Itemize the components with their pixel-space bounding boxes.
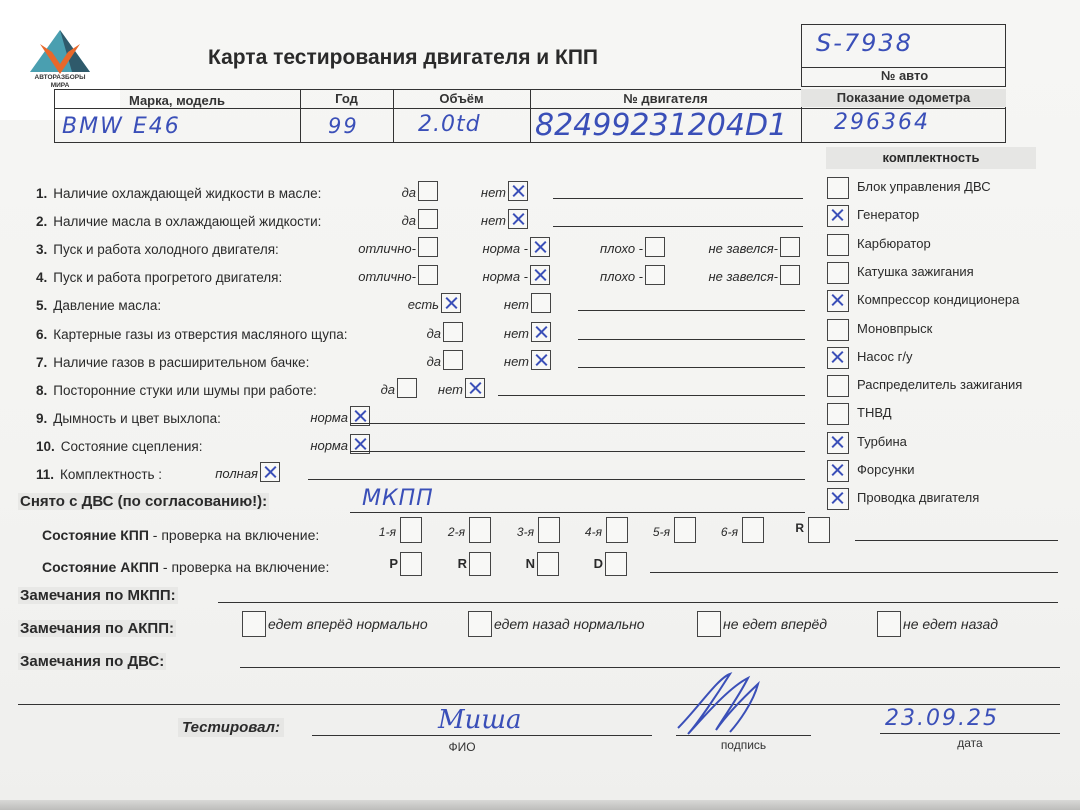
check-number: 7. bbox=[36, 355, 47, 370]
check-label-text: Наличие газов в расширительном бачке: bbox=[53, 355, 309, 370]
page-title: Карта тестирования двигателя и КПП bbox=[208, 46, 598, 70]
akpp-line bbox=[650, 572, 1058, 573]
tester-name-line bbox=[312, 735, 652, 736]
remarks-mkpp-label: Замечания по МКПП: bbox=[18, 587, 178, 604]
kit-checkbox[interactable] bbox=[827, 403, 849, 425]
kit-item-label: Блок управления ДВС bbox=[857, 179, 991, 194]
kpp-label-bold: Состояние КПП bbox=[42, 527, 149, 543]
akpp-gear-label: R bbox=[429, 556, 467, 571]
kit-checkbox[interactable] bbox=[827, 460, 849, 482]
check-notes-line[interactable] bbox=[350, 423, 805, 424]
date-caption: дата bbox=[940, 736, 1000, 750]
kpp-gear-label: 3-я bbox=[498, 525, 534, 539]
check-option-label: норма bbox=[223, 438, 348, 453]
signature-icon[interactable] bbox=[668, 668, 788, 740]
check-option-label: нет bbox=[352, 382, 463, 397]
check-row-label: 6.Картерные газы из отверстия масляного … bbox=[36, 327, 348, 342]
check-notes-line[interactable] bbox=[308, 479, 805, 480]
remarks-dvs-line[interactable] bbox=[240, 667, 1060, 668]
akpp-gear-label: P bbox=[360, 556, 398, 571]
kit-item-label: Насос г/у bbox=[857, 349, 912, 364]
kit-item-label: Форсунки bbox=[857, 462, 914, 477]
checkbox[interactable] bbox=[780, 265, 800, 285]
check-number: 2. bbox=[36, 214, 47, 229]
check-label-text: Пуск и работа холодного двигателя: bbox=[53, 242, 279, 257]
check-number: 6. bbox=[36, 327, 47, 342]
brand-model-value[interactable]: BMW E46 bbox=[62, 114, 181, 139]
check-option-label: норма - bbox=[395, 269, 528, 284]
akpp-gear-checkbox[interactable] bbox=[537, 552, 559, 576]
date-line bbox=[880, 733, 1060, 734]
kpp-gear-checkbox[interactable] bbox=[674, 517, 696, 543]
check-option-label: нет bbox=[395, 185, 506, 200]
check-number: 10. bbox=[36, 439, 55, 454]
check-label-text: Дымность и цвет выхлопа: bbox=[53, 411, 221, 426]
check-row-label: 9.Дымность и цвет выхлопа: bbox=[36, 411, 221, 426]
akpp-remark-label: едет вперёд нормально bbox=[268, 616, 428, 632]
tester-name-value[interactable]: Миша bbox=[438, 705, 522, 735]
check-label-text: Давление масла: bbox=[53, 298, 161, 313]
remarks-mkpp-line[interactable] bbox=[218, 602, 1058, 603]
removed-line bbox=[350, 512, 805, 513]
check-label-text: Наличие масла в охлаждающей жидкости: bbox=[53, 214, 321, 229]
signature-line bbox=[676, 735, 811, 736]
kit-checkbox[interactable] bbox=[827, 432, 849, 454]
checkbox[interactable] bbox=[508, 181, 528, 201]
kit-checkbox[interactable] bbox=[827, 262, 849, 284]
check-row-label: 8.Посторонние стуки или шумы при работе: bbox=[36, 383, 317, 398]
check-number: 9. bbox=[36, 411, 47, 426]
car-number-label-cell: № авто bbox=[801, 67, 1006, 87]
akpp-gear-label: D bbox=[565, 556, 603, 571]
akpp-gear-checkbox[interactable] bbox=[605, 552, 627, 576]
kpp-gear-checkbox[interactable] bbox=[808, 517, 830, 543]
check-notes-line[interactable] bbox=[498, 395, 805, 396]
check-notes-line[interactable] bbox=[350, 451, 805, 452]
check-number: 3. bbox=[36, 242, 47, 257]
checkbox[interactable] bbox=[531, 293, 551, 313]
kit-checkbox[interactable] bbox=[827, 488, 849, 510]
check-label-text: Посторонние стуки или шумы при работе: bbox=[53, 383, 317, 398]
kpp-gear-label: 2-я bbox=[429, 525, 465, 539]
check-notes-line[interactable] bbox=[578, 367, 805, 368]
kit-item-label: Турбина bbox=[857, 434, 907, 449]
check-row-label: 2.Наличие масла в охлаждающей жидкости: bbox=[36, 214, 321, 229]
kpp-gear-checkbox[interactable] bbox=[538, 517, 560, 543]
car-number-cell[interactable]: S-7938 bbox=[801, 24, 1006, 68]
volume-value[interactable]: 2.0td bbox=[418, 112, 481, 137]
odometer-label: Показание одометра bbox=[801, 89, 1006, 107]
akpp-label-rest: - проверка на включение: bbox=[159, 559, 329, 575]
akpp-remark-label: едет назад нормально bbox=[494, 616, 645, 632]
check-row-label: 10.Состояние сцепления: bbox=[36, 439, 203, 454]
kit-item-label: Катушка зажигания bbox=[857, 264, 974, 279]
brand-model-label: Марка, модель bbox=[54, 93, 300, 108]
checkbox[interactable] bbox=[260, 462, 280, 482]
date-value[interactable]: 23.09.25 bbox=[885, 706, 999, 731]
car-number-label: № авто bbox=[802, 68, 1007, 83]
check-row-label: 4.Пуск и работа прогретого двигателя: bbox=[36, 270, 282, 285]
check-number: 8. bbox=[36, 383, 47, 398]
check-option-label: нет bbox=[418, 297, 529, 312]
kit-item-label: Проводка двигателя bbox=[857, 490, 979, 505]
kit-title: комплектность bbox=[826, 150, 1036, 165]
akpp-gear-label: N bbox=[497, 556, 535, 571]
logo-text-line1: АВТОРАЗБОРЫ bbox=[0, 74, 120, 82]
kpp-gear-label: 1-я bbox=[360, 525, 396, 539]
volume-label: Объём bbox=[393, 91, 530, 106]
check-notes-line[interactable] bbox=[578, 310, 805, 311]
remarks-akpp-label: Замечания по АКПП: bbox=[18, 620, 176, 637]
check-notes-line[interactable] bbox=[553, 226, 803, 227]
kpp-label-rest: - проверка на включение: bbox=[149, 527, 319, 543]
removed-value[interactable]: МКПП bbox=[362, 486, 434, 511]
check-option-label: не завелся- bbox=[618, 241, 778, 256]
check-row-label: 3.Пуск и работа холодного двигателя: bbox=[36, 242, 279, 257]
check-option-label: нет bbox=[418, 326, 529, 341]
check-option-label: норма - bbox=[395, 241, 528, 256]
kpp-label: Состояние КПП - проверка на включение: bbox=[42, 527, 319, 543]
akpp-remark-checkbox[interactable] bbox=[242, 611, 266, 637]
check-label-text: Состояние сцепления: bbox=[61, 439, 203, 454]
check-option-label: нет bbox=[418, 354, 529, 369]
kpp-gear-label: 6-я bbox=[702, 525, 738, 539]
odometer-value[interactable]: 296364 bbox=[834, 110, 930, 135]
akpp-gear-checkbox[interactable] bbox=[469, 552, 491, 576]
akpp-gear-checkbox[interactable] bbox=[400, 552, 422, 576]
akpp-remark-checkbox[interactable] bbox=[468, 611, 492, 637]
checkbox[interactable] bbox=[465, 378, 485, 398]
checkbox[interactable] bbox=[508, 209, 528, 229]
kit-checkbox[interactable] bbox=[827, 347, 849, 369]
kit-checkbox[interactable] bbox=[827, 290, 849, 312]
check-number: 11. bbox=[36, 467, 54, 482]
check-option-label: нет bbox=[395, 213, 506, 228]
kit-item-label: Генератор bbox=[857, 207, 919, 222]
kpp-gear-checkbox[interactable] bbox=[606, 517, 628, 543]
checkbox[interactable] bbox=[531, 322, 551, 342]
akpp-remark-checkbox[interactable] bbox=[697, 611, 721, 637]
removed-label: Снято с ДВС (по согласованию!): bbox=[18, 493, 269, 510]
check-notes-line[interactable] bbox=[578, 339, 805, 340]
car-number-value: S-7938 bbox=[816, 29, 913, 57]
kit-checkbox[interactable] bbox=[827, 177, 849, 199]
engine-number-value[interactable]: 82499231204D1 bbox=[535, 108, 787, 143]
remarks-dvs-line-2[interactable] bbox=[18, 704, 1060, 705]
check-label-text: Наличие охлаждающей жидкости в масле: bbox=[53, 186, 321, 201]
remarks-dvs-label: Замечания по ДВС: bbox=[18, 653, 166, 670]
kit-item-label: Моновпрыск bbox=[857, 321, 932, 336]
check-label-text: Картерные газы из отверстия масляного щу… bbox=[53, 327, 347, 342]
check-option-label: норма bbox=[223, 410, 348, 425]
kit-item-label: Распределитель зажигания bbox=[857, 377, 1022, 392]
kit-checkbox[interactable] bbox=[827, 205, 849, 227]
kit-item-label: Компрессор кондиционера bbox=[857, 292, 1019, 307]
fio-caption: ФИО bbox=[432, 740, 492, 754]
kpp-gear-label: 5-я bbox=[634, 525, 670, 539]
year-label: Год bbox=[300, 91, 393, 106]
akpp-label-bold: Состояние АКПП bbox=[42, 559, 159, 575]
kpp-gear-checkbox[interactable] bbox=[742, 517, 764, 543]
akpp-remark-label: не едет назад bbox=[903, 616, 998, 632]
kpp-line bbox=[855, 540, 1058, 541]
check-number: 1. bbox=[36, 186, 47, 201]
check-option-label: полная bbox=[128, 466, 258, 481]
check-number: 5. bbox=[36, 298, 47, 313]
kit-checkbox[interactable] bbox=[827, 375, 849, 397]
check-row-label: 5.Давление масла: bbox=[36, 298, 161, 313]
checkbox[interactable] bbox=[780, 237, 800, 257]
signature-caption: подпись bbox=[706, 738, 781, 752]
sheet-edge bbox=[0, 800, 1080, 810]
checkbox[interactable] bbox=[531, 350, 551, 370]
kpp-gear-label: R bbox=[768, 521, 804, 535]
check-notes-line[interactable] bbox=[553, 198, 803, 199]
kpp-gear-checkbox[interactable] bbox=[400, 517, 422, 543]
kit-item-label: Карбюратор bbox=[857, 236, 931, 251]
engine-number-label: № двигателя bbox=[530, 91, 801, 106]
check-number: 4. bbox=[36, 270, 47, 285]
akpp-remark-label: не едет вперёд bbox=[723, 616, 827, 632]
check-label-text: Пуск и работа прогретого двигателя: bbox=[53, 270, 282, 285]
kit-checkbox[interactable] bbox=[827, 319, 849, 341]
year-value[interactable]: 99 bbox=[328, 114, 359, 138]
kit-item-label: ТНВД bbox=[857, 405, 892, 420]
akpp-remark-checkbox[interactable] bbox=[877, 611, 901, 637]
check-option-label: не завелся- bbox=[618, 269, 778, 284]
tested-by-label: Тестировал: bbox=[178, 718, 284, 737]
kpp-gear-checkbox[interactable] bbox=[469, 517, 491, 543]
kit-checkbox[interactable] bbox=[827, 234, 849, 256]
check-row-label: 1.Наличие охлаждающей жидкости в масле: bbox=[36, 186, 321, 201]
akpp-label: Состояние АКПП - проверка на включение: bbox=[42, 559, 329, 575]
check-row-label: 7.Наличие газов в расширительном бачке: bbox=[36, 355, 309, 370]
kpp-gear-label: 4-я bbox=[566, 525, 602, 539]
